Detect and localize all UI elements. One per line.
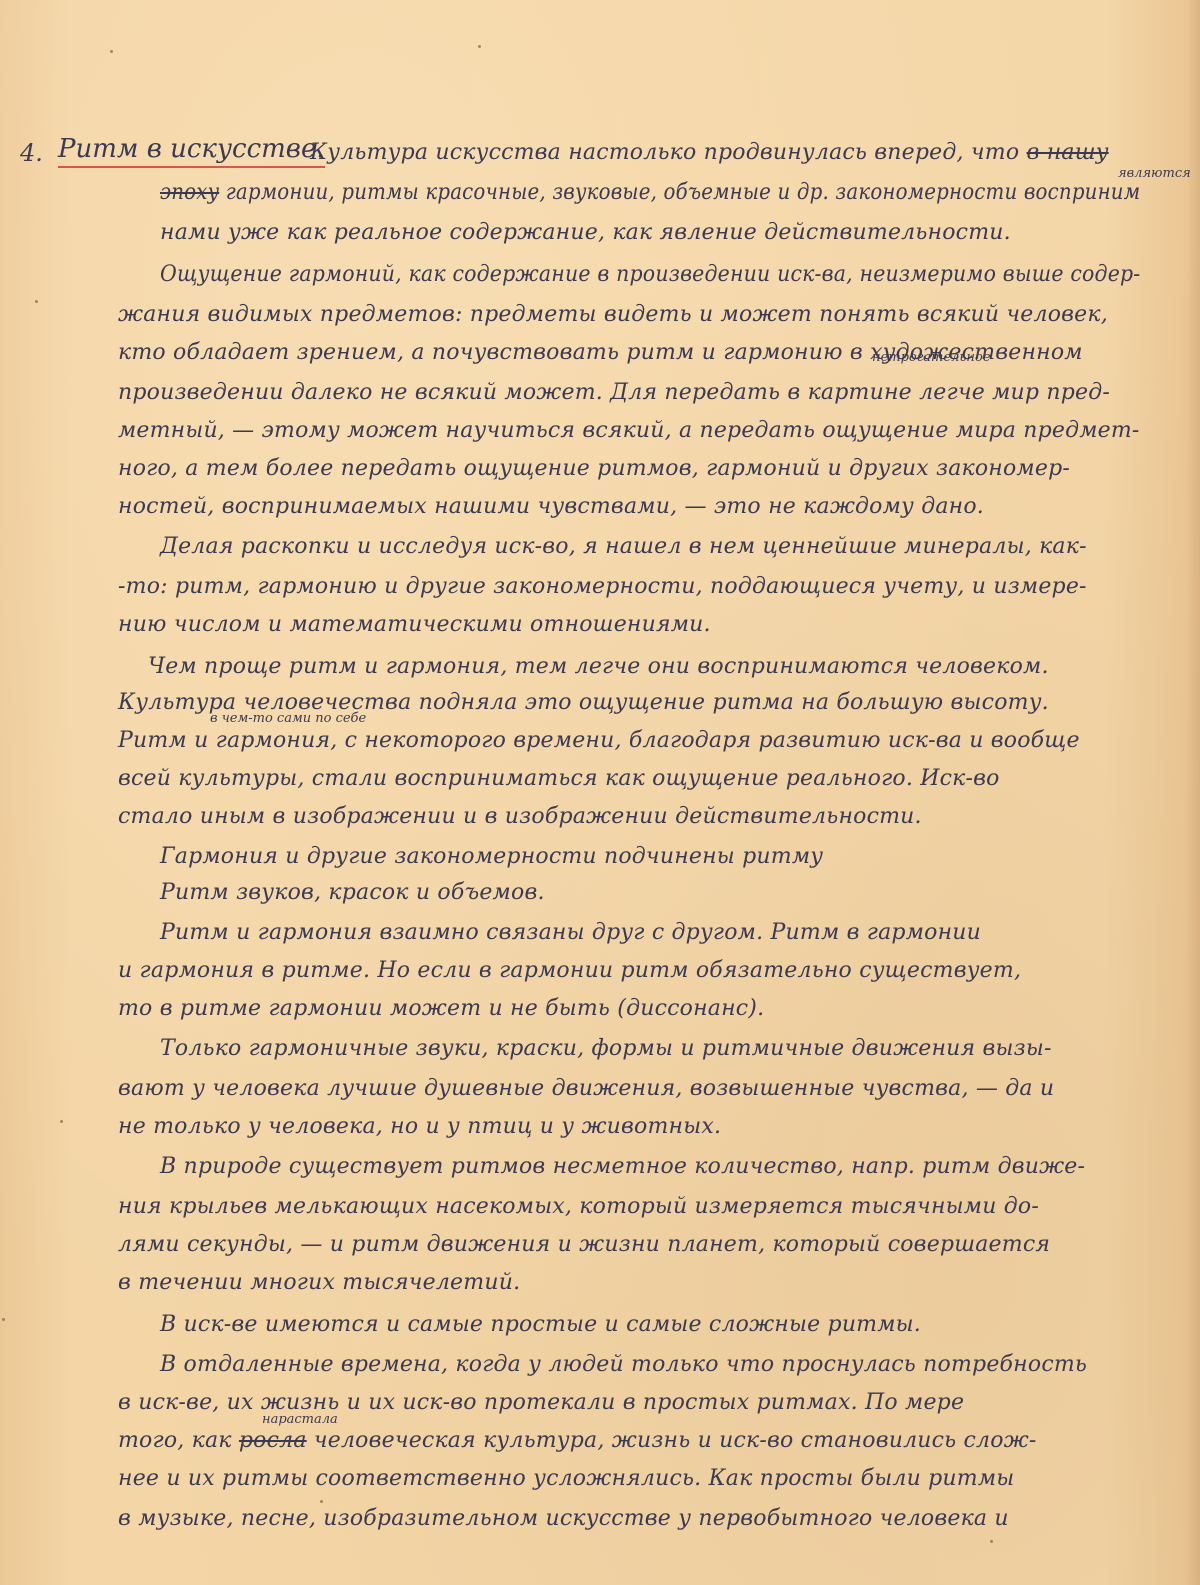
paper-speck — [110, 50, 113, 53]
manuscript-line: Чем проще ритм и гармония, тем легче они… — [148, 654, 1049, 679]
line-text: -то: ритм, гармонию и другие закономерно… — [118, 574, 1087, 599]
manuscript-line: жания видимых предметов: предметы видеть… — [118, 302, 1108, 327]
line-text: гармонии, ритмы красочные, звуковые, объ… — [226, 180, 1141, 205]
manuscript-line: Культура искусства настолько продвинулас… — [310, 140, 1109, 165]
line-text: Чем проще ритм и гармония, тем легче они… — [148, 654, 1049, 679]
manuscript-line: всей культуры, стали восприниматься как … — [118, 766, 1000, 791]
line-text: Только гармоничные звуки, краски, формы … — [160, 1036, 1052, 1061]
manuscript-line: лями секунды, — и ритм движения и жизни … — [118, 1232, 1050, 1257]
line-text: нее и их ритмы соответственно усложнялис… — [118, 1466, 1014, 1491]
line-text: лями секунды, — и ритм движения и жизни … — [118, 1232, 1050, 1257]
manuscript-line: ного, а тем более передать ощущение ритм… — [118, 456, 1070, 481]
section-number: 4. — [20, 139, 43, 167]
line-text: В иск-ве имеются и самые простые и самые… — [160, 1312, 921, 1337]
line-text: В природе существует ритмов несметное ко… — [160, 1154, 1085, 1179]
line-text: в течении многих тысячелетий. — [118, 1270, 520, 1295]
line-text: человеческая культура, жизнь и иск-во ст… — [314, 1428, 1037, 1453]
line-text: Ритм и гармония, с некоторого времени, б… — [118, 728, 1080, 753]
line-text: метный, — этому может научиться всякий, … — [118, 418, 1140, 443]
manuscript-line: В природе существует ритмов несметное ко… — [160, 1154, 1085, 1179]
interlinear-insertion: в чем-то сами по себе — [210, 711, 366, 726]
manuscript-line: и гармония в ритме. Но если в гармонии р… — [118, 958, 1021, 983]
manuscript-line: Делая раскопки и исследуя иск-во, я наше… — [160, 534, 1087, 559]
paper-speck — [35, 300, 38, 303]
manuscript-page: 4. Ритм в искусстве. Культура искусства … — [0, 0, 1200, 1585]
manuscript-line: Ощущение гармоний, как содержание в прои… — [160, 262, 1140, 287]
manuscript-line: вают у человека лучшие душевные движения… — [118, 1076, 1054, 1101]
manuscript-line: В отдаленные времена, когда у людей толь… — [160, 1352, 1087, 1377]
line-text: Делая раскопки и исследуя иск-во, я наше… — [160, 534, 1087, 559]
section-title: Ритм в искусстве. — [58, 134, 325, 168]
manuscript-line: в иск-ве, их жизнь и их иск-во протекали… — [118, 1390, 964, 1415]
line-text: вают у человека лучшие душевные движения… — [118, 1076, 1054, 1101]
line-text: Ритм и гармония взаимно связаны друг с д… — [160, 920, 981, 945]
line-text: не только у человека, но и у птиц и у жи… — [118, 1114, 721, 1139]
manuscript-line: ния крыльев мелькающих насекомых, которы… — [118, 1194, 1039, 1219]
manuscript-line: в течении многих тысячелетий. — [118, 1270, 520, 1295]
manuscript-line: -то: ритм, гармонию и другие закономерно… — [118, 574, 1087, 599]
line-text: Культура искусства настолько продвинулас… — [310, 140, 1019, 165]
line-text: Ритм звуков, красок и объемов. — [160, 880, 545, 905]
line-text: ния крыльев мелькающих насекомых, которы… — [118, 1194, 1039, 1219]
manuscript-line: в музыке, песне, изобразительном искусст… — [118, 1506, 1009, 1531]
manuscript-line: Только гармоничные звуки, краски, формы … — [160, 1036, 1052, 1061]
manuscript-line: не только у человека, но и у птиц и у жи… — [118, 1114, 721, 1139]
manuscript-line: эпоху гармонии, ритмы красочные, звуковы… — [160, 180, 1140, 205]
line-text: в иск-ве, их жизнь и их иск-во протекали… — [118, 1390, 964, 1415]
interlinear-insertion: являются — [1118, 166, 1191, 181]
line-text: Ощущение гармоний, как содержание в прои… — [160, 262, 1140, 287]
line-text: произведении далеко не всякий может. Для… — [118, 380, 1110, 405]
manuscript-line: произведении далеко не всякий может. Для… — [118, 380, 1110, 405]
interlinear-insertion: нетрогательное — [872, 350, 991, 365]
paper-speck — [990, 1540, 993, 1543]
line-text: нию числом и математическими отношениями… — [118, 612, 711, 637]
line-text: стало иным в изображении и в изображении… — [118, 804, 922, 829]
line-text: того, как — [118, 1428, 232, 1453]
line-text: и гармония в ритме. Но если в гармонии р… — [118, 958, 1021, 983]
manuscript-line: нами уже как реальное содержание, как яв… — [160, 220, 1011, 245]
paper-speck — [60, 1120, 63, 1123]
manuscript-line: стало иным в изображении и в изображении… — [118, 804, 922, 829]
manuscript-line: нее и их ритмы соответственно усложнялис… — [118, 1466, 1014, 1491]
struck-text: эпоху — [160, 180, 219, 205]
line-text: В отдаленные времена, когда у людей толь… — [160, 1352, 1087, 1377]
manuscript-line: того, как росла человеческая культура, ж… — [118, 1428, 1037, 1453]
interlinear-insertion: нарастала — [262, 1412, 338, 1427]
manuscript-line: то в ритме гармонии может и не быть (дис… — [118, 996, 764, 1021]
manuscript-line: Ритм и гармония взаимно связаны друг с д… — [160, 920, 981, 945]
paper-speck — [320, 1500, 323, 1503]
manuscript-line: нию числом и математическими отношениями… — [118, 612, 711, 637]
struck-text: в нашу — [1027, 140, 1109, 165]
manuscript-line: ностей, воспринимаемых нашими чувствами,… — [118, 494, 984, 519]
manuscript-line: Ритм и гармония, с некоторого времени, б… — [118, 728, 1080, 753]
paper-edge-shadow — [1186, 0, 1200, 1585]
paper-speck — [2, 1318, 5, 1321]
line-text: жания видимых предметов: предметы видеть… — [118, 302, 1108, 327]
manuscript-line: Гармония и другие закономерности подчине… — [160, 844, 823, 869]
paper-speck — [478, 45, 481, 48]
line-text: ного, а тем более передать ощущение ритм… — [118, 456, 1070, 481]
line-text: то в ритме гармонии может и не быть (дис… — [118, 996, 764, 1021]
manuscript-line: В иск-ве имеются и самые простые и самые… — [160, 1312, 921, 1337]
manuscript-line: метный, — этому может научиться всякий, … — [118, 418, 1140, 443]
line-text: нами уже как реальное содержание, как яв… — [160, 220, 1011, 245]
line-text: в музыке, песне, изобразительном искусст… — [118, 1506, 1009, 1531]
line-text: Гармония и другие закономерности подчине… — [160, 844, 823, 869]
line-text: ностей, воспринимаемых нашими чувствами,… — [118, 494, 984, 519]
struck-text: росла — [239, 1428, 307, 1453]
manuscript-line: Ритм звуков, красок и объемов. — [160, 880, 545, 905]
line-text: всей культуры, стали восприниматься как … — [118, 766, 1000, 791]
